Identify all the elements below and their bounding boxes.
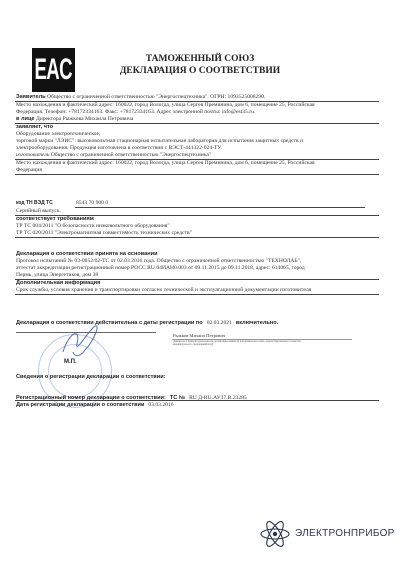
basis-line3: Пермь, улица Энергетиков, дом 38 [16,272,386,279]
product-line3: электрооборудования. Продукция изготовле… [16,145,386,152]
applicant-person: в лице Директора Рыжкова Михаила Петрови… [16,116,386,123]
declares-label: заявляет, что [16,124,53,131]
divider [15,123,379,124]
validity-suffix: включительно. [236,320,278,326]
stamp-mark: М.П. [64,359,77,366]
basis-line1: Протокол испытаний № 03-0052/02-ТС от 02… [16,258,386,265]
divider [15,400,379,401]
applicant-line1: Заявитель Общество с ограниченной ответс… [16,94,386,101]
registration-label: Сведения о регистрации декларации о соот… [16,374,166,381]
divider [75,207,365,208]
additional-label: Дополнительная информация [16,280,100,287]
brand-name: ЭЛЕКТРОНПРИБОР [295,528,395,539]
registration-date: Дата регистрации декларации о соответств… [16,393,396,411]
divider [15,294,379,295]
applicant-line3: Федерация. Телефон: +78172334163. Факс: … [16,109,386,116]
person-name: Директора Рыжкова Михаила Петровича [36,116,133,122]
release-type: Серийный выпуск. [16,208,61,215]
registration-date-label: Дата регистрации декларации о соответств… [16,402,144,408]
manufacturer-name: Общество с ограниченной ответственностью… [51,152,211,158]
tnved-value: 8543 70 900 0 [76,200,108,207]
manufacturer-label: изготовитель [16,152,49,158]
requirement-item: ТР ТС 020/2011 "Электромагнитная совмест… [16,230,386,237]
manufacturer: изготовитель Общество с ограниченной отв… [16,152,386,159]
eac-logo: EAC [32,48,75,92]
registration-date-value: 03.03.2016 [148,402,173,408]
atom-logo-icon [259,521,291,547]
applicant-label: Заявитель [16,94,46,100]
manufacturer-address2: Федерация [16,167,386,174]
signature-line [16,332,156,333]
requirement-item: ТР ТС 004/2011 "О безопасности низковоль… [16,223,386,230]
product-line2: торговой марки "ЛЭИС": высоковольтная ст… [16,138,386,145]
divider [15,174,379,175]
basis-line2: аттестат аккредитации регистрационный но… [16,265,386,272]
requirements-label: соответствует требованиям [16,216,94,223]
signatory-caption2: индивидуального предпринимателя) [173,343,373,346]
applicant-name: Общество с ограниченной ответственностью… [47,94,265,100]
manufacturer-address1: Место нахождения и фактический адрес: 16… [16,160,386,167]
signature-icon [55,322,105,362]
tnved-label: код ТН ВЭД ТС [16,200,53,207]
product-line1: Оборудование электротехническое, [16,131,386,138]
basis-label: Декларация о соответствии принята на осн… [16,251,158,258]
additional-text: Срок службы, условия хранения и транспор… [16,287,386,294]
person-label: в лице [16,116,35,122]
validity-date: 02.03.2021 [207,320,232,326]
divider [15,237,379,238]
page-title: ДЕКЛАРАЦИЯ О СООТВЕТСТВИИ [100,66,300,76]
title-union: ТАМОЖЕННЫЙ СОЮЗ [100,54,300,64]
validity-label: Декларация о соответствии действительна … [16,320,203,326]
applicant-line2: Место нахождения и фактический адрес: 16… [16,102,386,109]
eac-logo-text: EAC [35,55,72,85]
